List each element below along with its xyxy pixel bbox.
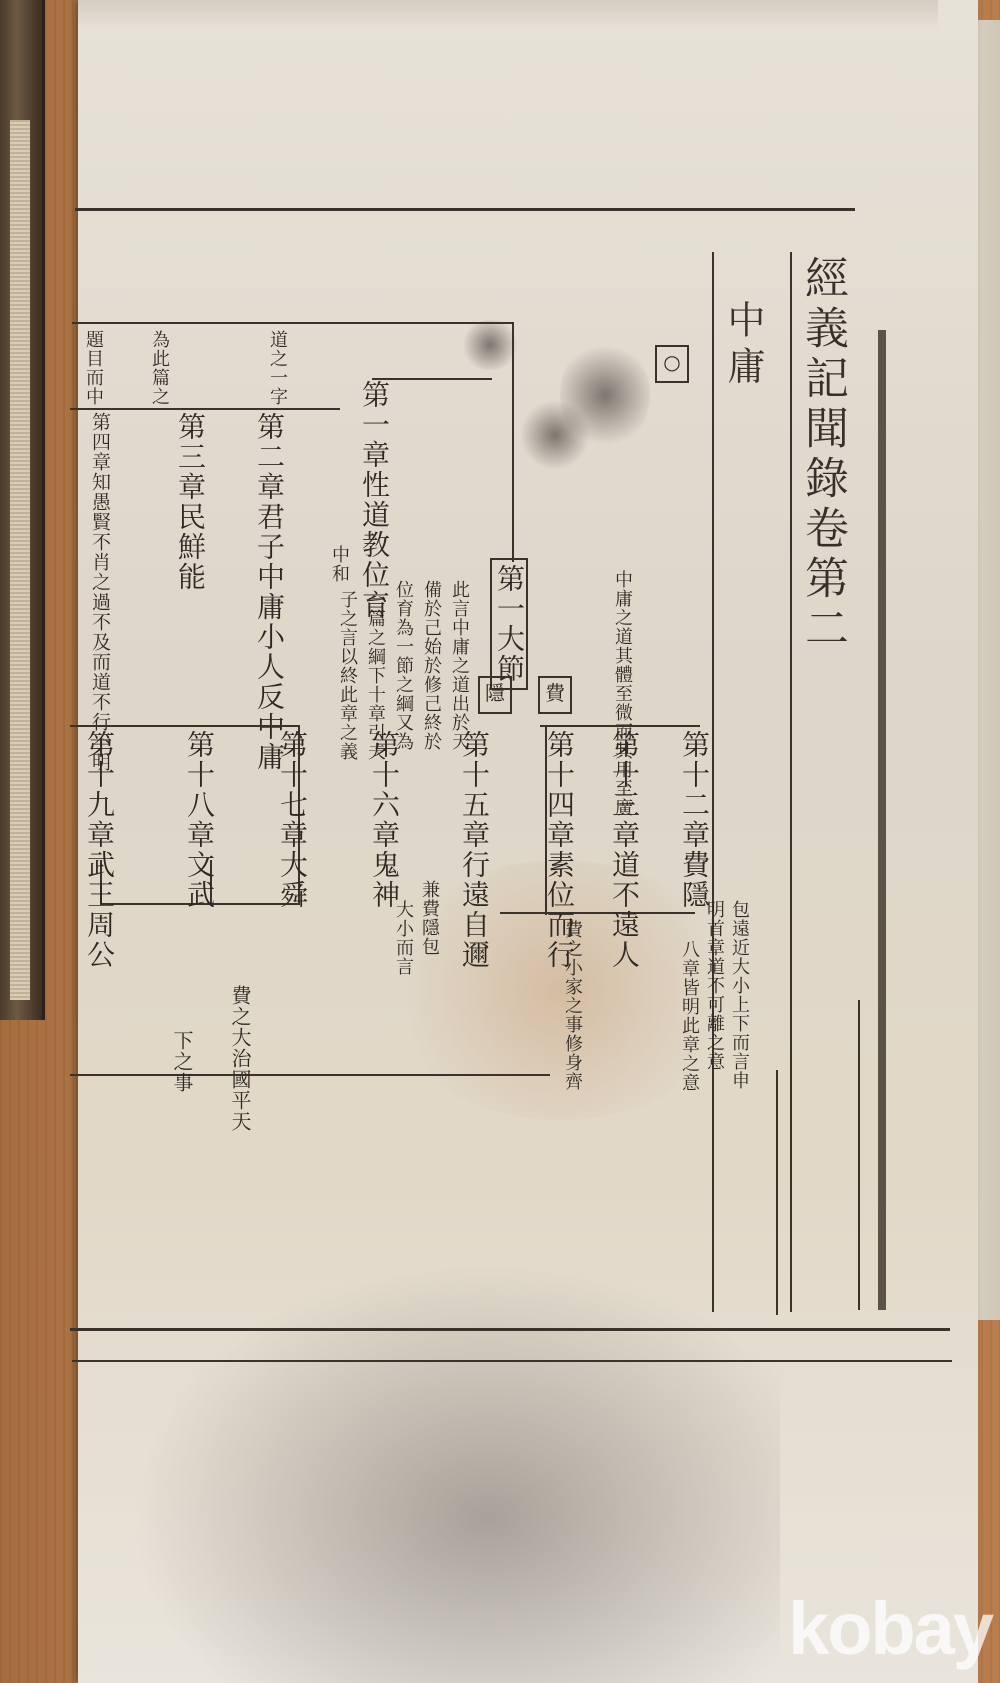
ink-stain [460, 320, 520, 370]
lower-section-rule [70, 1074, 550, 1076]
title-column-right-rule [858, 1000, 860, 1310]
photographer-shadow [130, 1260, 780, 1683]
chapter-12-note: 八章皆明此章之意 [680, 940, 698, 1092]
chapter-13-label: 第十三章道不遠人 [610, 730, 638, 970]
chapter-1-note-line: 子之言以終此章之義 [338, 590, 356, 761]
adjacent-book-spine [0, 0, 45, 1020]
chapter-2-note: 道之一字 [268, 330, 286, 406]
chapter-12-note: 包遠近大小上下而言申 [730, 900, 748, 1090]
book-title: 經義記聞錄卷第二 [800, 255, 844, 655]
expense-marker: 費 [538, 676, 572, 714]
chapter-17-label: 第十七章大舜 [278, 730, 306, 910]
hidden-marker: 隱 [478, 676, 512, 714]
frame-top-rule [75, 208, 855, 211]
chapter-19-label: 第十九章武王周公 [85, 730, 113, 970]
chapter-14-note: 費之小家之事修身齊 [560, 920, 584, 1091]
chapter-16-note: 兼費隱包 [420, 880, 438, 956]
chapter-2-label: 第二章君子中庸小人反中庸 [255, 412, 283, 772]
tree-stem [512, 322, 514, 562]
first-section-label: 第一大節 [490, 558, 528, 690]
frame-bottom-rule [70, 1328, 950, 1331]
ink-stain [520, 400, 590, 470]
chapter-17-19-bracket-top [70, 725, 300, 727]
chapter-3-label: 第三章民鮮能 [176, 412, 204, 592]
adjacent-book-pages [10, 120, 30, 1000]
chapter-15-label: 第十五章行遠自邇 [460, 730, 488, 970]
chapter-12-note: 明首章道不可離之意 [705, 900, 723, 1071]
title-column-divider [790, 252, 792, 1312]
chapter-1-note-line: 此言中庸之道出於天 [450, 580, 468, 751]
chapter-4-note: 題目而中 [84, 330, 102, 406]
section-title: 中庸 [724, 300, 762, 392]
chapter-17-19-note: 下之事 [172, 1030, 192, 1093]
chapter-1-label: 第一章性道教位育 [360, 380, 388, 620]
tree-upper-bracket-top [72, 322, 514, 324]
chapter-1-note-line: 備於己始於修己終於 [422, 580, 440, 751]
column-divider-lower [776, 1070, 778, 1315]
chapter-12-label: 第十二章費隱 [680, 730, 708, 910]
chapter-15-connector [500, 912, 546, 914]
column-divider [712, 252, 714, 1312]
chapter-4-label: 第四章知愚賢不肖之過不及而道不行不明 [90, 412, 109, 772]
tree-subheader-rule [70, 408, 340, 410]
page-top-edge [78, 0, 938, 30]
chapter-18-label: 第十八章文武 [185, 730, 213, 910]
frame-right-thick-rule [878, 330, 886, 1310]
chapter-17-19-note: 費之大治國平天 [230, 985, 250, 1132]
chapter-1-note-line: 位育為一節之綱又為 [394, 580, 412, 751]
chapter-1-note-top: 中和 [330, 545, 348, 583]
chapter-16-label: 第十六章鬼神 [370, 730, 398, 910]
chapter-12-14-bracket [540, 725, 700, 727]
kobay-watermark: kobay [788, 1586, 992, 1671]
chapter-16-note: 大小而言 [394, 900, 412, 976]
frame-bottom-rule-2 [72, 1360, 952, 1362]
section-marker-icon: ○ [655, 345, 689, 383]
chapter-3-note: 為此篇之 [150, 330, 168, 406]
